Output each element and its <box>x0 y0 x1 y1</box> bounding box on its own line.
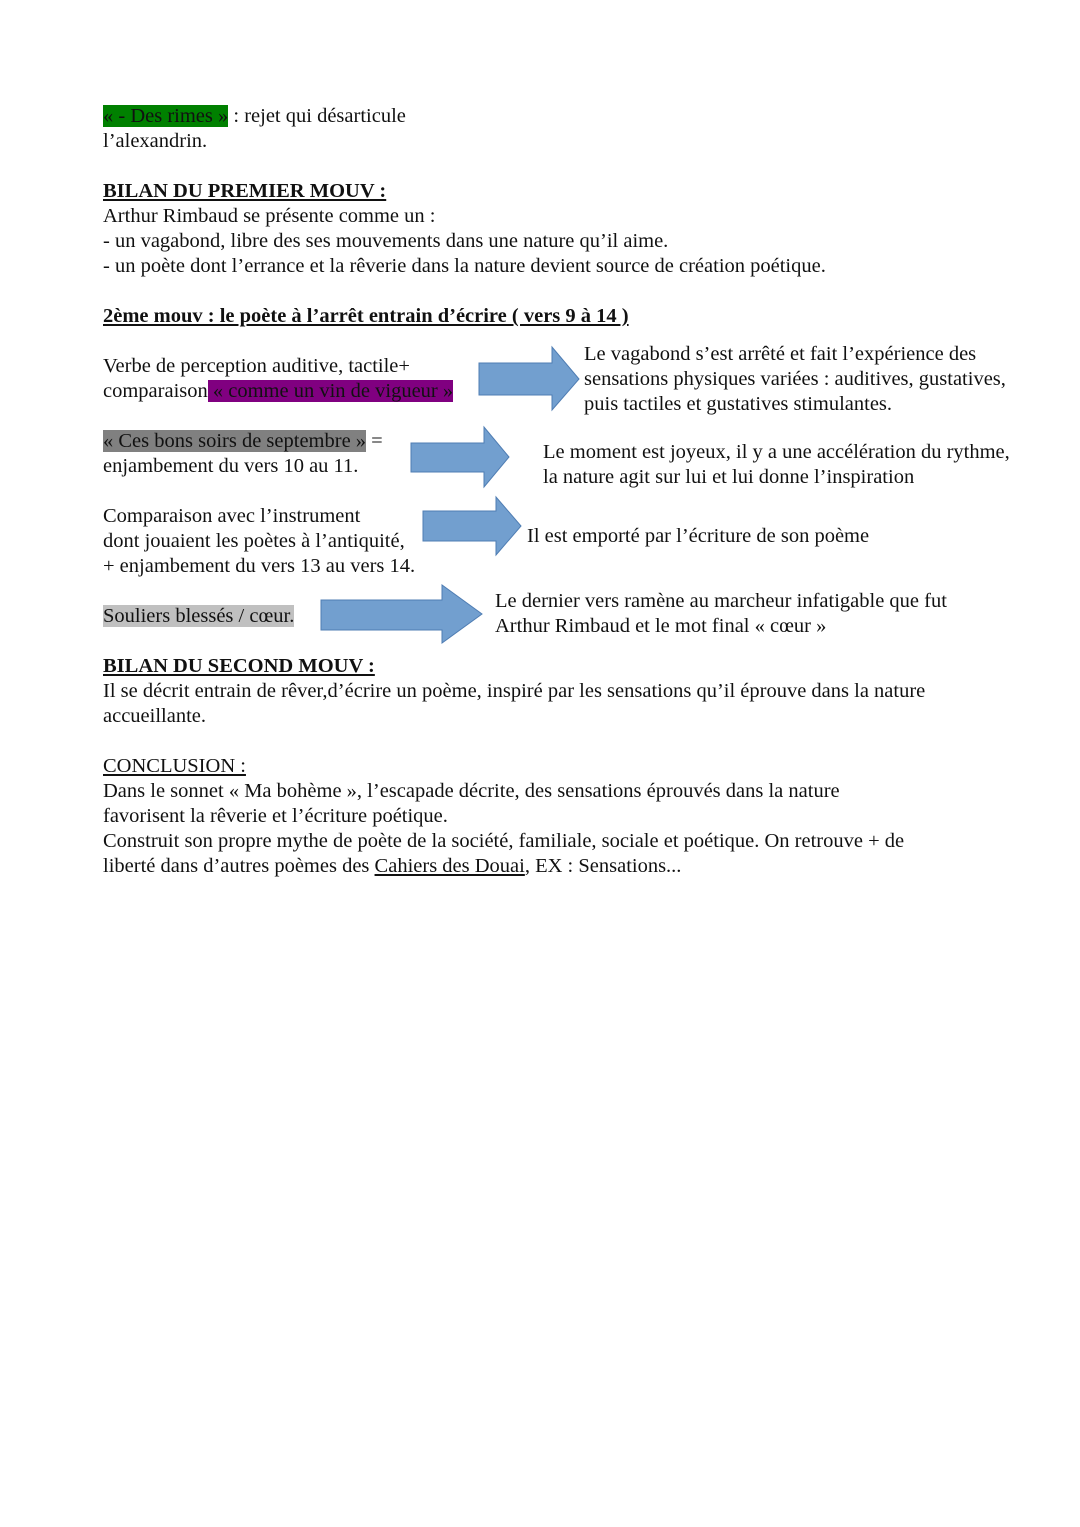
section-heading: CONCLUSION : <box>103 754 904 779</box>
paragraph-line: Dans le sonnet « Ma bohème », l’escapade… <box>103 779 904 804</box>
intro-line-2: l’alexandrin. <box>103 129 406 154</box>
section-heading: 2ème mouv : le poète à l’arrêt entrain d… <box>103 304 629 329</box>
row-4-left: Souliers blessés / cœur. <box>103 604 294 629</box>
paragraph-line: accueillante. <box>103 704 925 729</box>
highlighted-quote: « comme un vin de vigueur » <box>208 380 453 402</box>
row-4-right: Le dernier vers ramène au marcheur infat… <box>495 589 947 639</box>
section-heading: BILAN DU PREMIER MOUV : <box>103 179 826 204</box>
paragraph-line: favorisent la rêverie et l’écriture poét… <box>103 804 904 829</box>
bilan-second-mouv: BILAN DU SECOND MOUV : Il se décrit entr… <box>103 654 925 729</box>
paragraph-line: - un poète dont l’errance et la rêverie … <box>103 254 826 279</box>
highlighted-quote: Souliers blessés / cœur. <box>103 605 294 627</box>
row-1-left: Verbe de perception auditive, tactile+ c… <box>103 354 453 404</box>
right-arrow-icon <box>411 427 510 488</box>
row-3-right: Il est emporté par l’écriture de son poè… <box>527 524 869 549</box>
paragraph-line: - un vagabond, libre des ses mouvements … <box>103 229 826 254</box>
intro-block: « - Des rimes » : rejet qui désarticule … <box>103 104 406 154</box>
right-arrow-icon <box>321 585 483 644</box>
paragraph-line: Arthur Rimbaud se présente comme un : <box>103 204 826 229</box>
highlighted-quote: « Ces bons soirs de septembre » <box>103 430 366 452</box>
row-1-right: Le vagabond s’est arrêté et fait l’expér… <box>584 342 1006 417</box>
right-arrow-icon <box>423 497 522 556</box>
paragraph-line: liberté dans d’autres poèmes des Cahiers… <box>103 854 904 879</box>
conclusion: CONCLUSION : Dans le sonnet « Ma bohème … <box>103 754 904 879</box>
row-3-left: Comparaison avec l’instrument dont jouai… <box>103 504 415 579</box>
paragraph-line: Construit son propre mythe de poète de l… <box>103 829 904 854</box>
paragraph-line: Il se décrit entrain de rêver,d’écrire u… <box>103 679 925 704</box>
right-arrow-icon <box>479 347 580 411</box>
intro-line-1: « - Des rimes » : rejet qui désarticule <box>103 104 406 129</box>
highlighted-quote: « - Des rimes » <box>103 105 228 127</box>
book-title: Cahiers des Douai <box>375 855 525 877</box>
row-2-right: Le moment est joyeux, il y a une accélér… <box>543 440 1010 490</box>
section-heading: BILAN DU SECOND MOUV : <box>103 654 925 679</box>
bilan-premier-mouv: BILAN DU PREMIER MOUV : Arthur Rimbaud s… <box>103 179 826 279</box>
row-2-left: « Ces bons soirs de septembre » = enjamb… <box>103 429 383 479</box>
